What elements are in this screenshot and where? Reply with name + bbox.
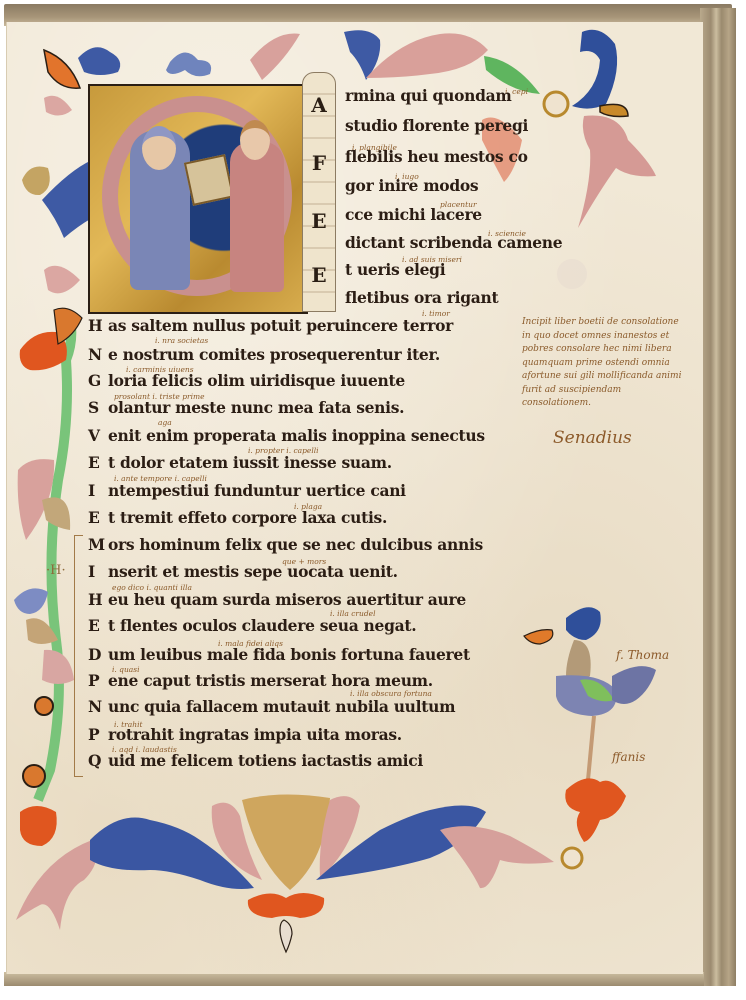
line-capital: H [88, 316, 108, 335]
line-capital: H [88, 590, 108, 609]
line-text: ntempestiui funduntur uertice cani [108, 481, 406, 500]
margin-bracket [74, 535, 83, 777]
historiated-initial-miniature [88, 84, 308, 314]
line-text: olantur meste nunc mea fata senis. [108, 398, 404, 417]
line-text: t tremit effeto corpore laxa cutis. [108, 508, 387, 527]
manuscript-page: A F E E i. cepi rmina qui quondam studio… [0, 0, 746, 1000]
line-capital: P [88, 725, 108, 744]
marginal-signature: Senadius [553, 428, 632, 448]
text-line: fletibus ora rigant [345, 288, 498, 307]
text-line: Mors hominum felix que se nec dulcibus a… [88, 535, 483, 554]
line-capital: D [88, 645, 108, 664]
text-line: Nunc quia fallacem mutauit nubila uultum [88, 697, 455, 716]
line-text: as saltem nullus potuit peruincere terro… [108, 316, 453, 335]
line-text: um leuibus male fida bonis fortuna fauer… [108, 645, 470, 664]
line-capital: G [88, 371, 108, 390]
line-text: e nostrum comites prosequerentur iter. [108, 345, 440, 364]
text-line: Venit enim properata malis inoppina sene… [88, 426, 485, 445]
margin-marker-h: ·H· [46, 563, 66, 578]
column-initial-f: F [303, 151, 335, 175]
text-line: Et flentes oculos claudere seua negat. [88, 616, 416, 635]
line-text: ene caput tristis merserat hora meum. [108, 671, 433, 690]
line-text: enit enim properata malis inoppina senec… [108, 426, 485, 445]
gloss: i. nra societas [155, 336, 208, 345]
text-line: Et tremit effeto corpore laxa cutis. [88, 508, 387, 527]
text-line: t ueris elegi [345, 260, 445, 279]
scholar-head [142, 126, 176, 170]
line-capital: I [88, 481, 108, 500]
column-initial-e2: E [303, 263, 335, 287]
text-line: studio florente peregi [345, 116, 528, 135]
line-capital: E [88, 508, 108, 527]
text-line: Ne nostrum comites prosequerentur iter. [88, 345, 440, 364]
bird-lower-note: ffanis [612, 750, 645, 764]
line-capital: E [88, 453, 108, 472]
text-line: Dum leuibus male fida bonis fortuna faue… [88, 645, 470, 664]
column-initial-e: E [303, 209, 335, 233]
line-capital: M [88, 535, 108, 554]
line-text: t flentes oculos claudere seua negat. [108, 616, 416, 635]
text-line: dictant scribenda camene [345, 233, 562, 252]
text-line: Gloria felicis olim uiridisque iuuente [88, 371, 405, 390]
line-capital: N [88, 345, 108, 364]
text-line: cce michi lacere [345, 205, 482, 224]
decorated-initial-column: A F E E [302, 72, 336, 312]
text-line: Intempestiui funduntur uertice cani [88, 481, 406, 500]
text-line: rmina qui quondam [345, 86, 511, 105]
line-text: eu heu quam surda miseros auertitur aure [108, 590, 466, 609]
line-capital: P [88, 671, 108, 690]
text-line: Et dolor etatem iussit inesse suam. [88, 453, 392, 472]
text-line: Protrahit ingratas impia uita moras. [88, 725, 402, 744]
open-book [184, 154, 234, 206]
marginal-incipit-note: Incipit liber boetii de consolatione in … [522, 316, 682, 411]
line-text: t dolor etatem iussit inesse suam. [108, 453, 392, 472]
line-text: rotrahit ingratas impia uita moras. [108, 725, 402, 744]
line-capital: E [88, 616, 108, 635]
bird-upper-note: f. Thoma [616, 648, 669, 662]
text-line: Quid me felicem totiens iactastis amici [88, 751, 423, 770]
text-line: Inserit et mestis sepe uocata uenit. [88, 562, 398, 581]
line-capital: Q [88, 751, 108, 770]
line-capital: V [88, 426, 108, 445]
line-text: ors hominum felix que se nec dulcibus an… [108, 535, 483, 554]
text-line: Has saltem nullus potuit peruincere terr… [88, 316, 453, 335]
text-line: Solantur meste nunc mea fata senis. [88, 398, 404, 417]
line-capital: N [88, 697, 108, 716]
standing-figure-head [240, 120, 270, 160]
line-text: nserit et mestis sepe uocata uenit. [108, 562, 398, 581]
line-text: unc quia fallacem mutauit nubila uultum [108, 697, 455, 716]
line-capital: S [88, 398, 108, 417]
line-text: loria felicis olim uiridisque iuuente [108, 371, 405, 390]
text-line: Heu heu quam surda miseros auertitur aur… [88, 590, 466, 609]
line-text: uid me felicem totiens iactastis amici [108, 751, 423, 770]
standing-figure [230, 142, 284, 292]
text-line: flebilis heu mestos co [345, 147, 528, 166]
column-initial-a: A [303, 93, 335, 117]
line-capital: I [88, 562, 108, 581]
text-line: gor inire modos [345, 176, 478, 195]
text-line: Pene caput tristis merserat hora meum. [88, 671, 433, 690]
